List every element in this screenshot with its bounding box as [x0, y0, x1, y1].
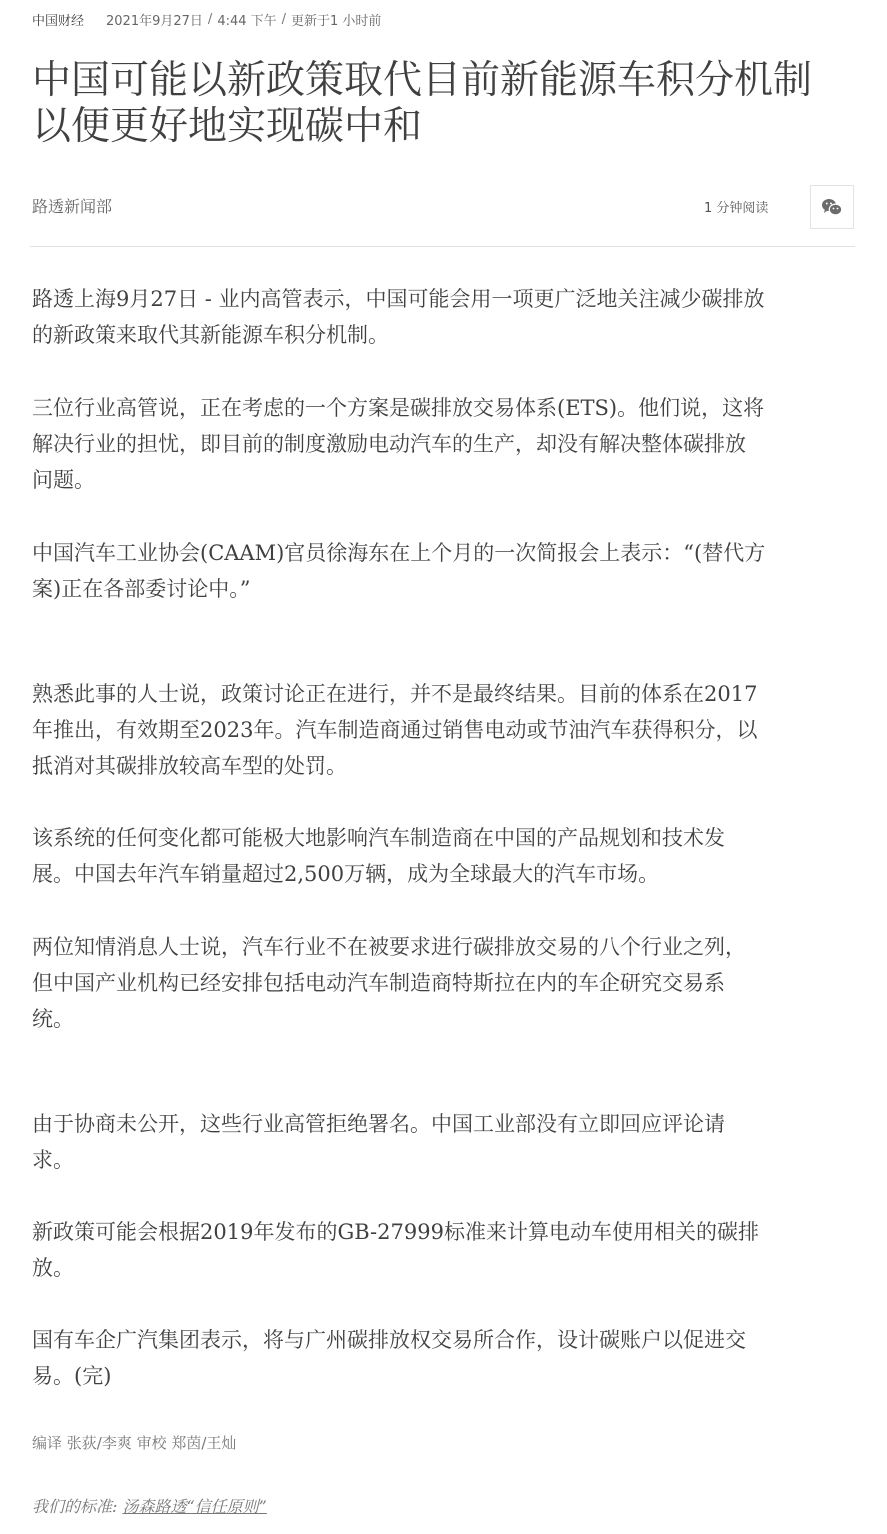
paragraph-line: 年推出，有效期至2023年。汽车制造商通过销售电动或节油汽车获得积分，以: [32, 712, 857, 748]
updated-time: 更新于1 小时前: [291, 10, 381, 29]
read-time: 1 分钟阅读: [704, 197, 768, 216]
paragraph-line: 案)正在各部委讨论中。”: [32, 571, 857, 607]
standards-label: 我们的标准:: [32, 1497, 122, 1516]
paragraph: 路透上海9月27日 - 业内高管表示，中国可能会用一项更广泛地关注减少碳排放 的…: [32, 281, 857, 353]
title-line: 以便更好地实现碳中和: [32, 104, 852, 150]
paragraph-line: 两位知情消息人士说，汽车行业不在被要求进行碳排放交易的八个行业之列，: [32, 929, 857, 965]
meta-separator: /: [208, 12, 212, 27]
paragraph-line: 中国汽车工业协会(CAAM)官员徐海东在上个月的一次简报会上表示：“(替代方: [32, 535, 857, 571]
publish-time: 4:44 下午: [217, 10, 276, 29]
wechat-share-button[interactable]: [810, 185, 854, 229]
paragraph-line: 由于协商未公开，这些行业高管拒绝署名。中国工业部没有立即回应评论请: [32, 1106, 857, 1142]
paragraph-line: 放。: [32, 1250, 857, 1286]
paragraph-line: 但中国产业机构已经安排包括电动汽车制造商特斯拉在内的车企研究交易系: [32, 965, 857, 1001]
paragraph-line: 问题。: [32, 462, 857, 498]
paragraph-line: 展。中国去年汽车销量超过2,500万辆，成为全球最大的汽车市场。: [32, 856, 857, 892]
paragraph: 熟悉此事的人士说，政策讨论正在进行，并不是最终结果。目前的体系在2017 年推出…: [32, 676, 857, 784]
title-line: 中国可能以新政策取代目前新能源车积分机制: [32, 58, 852, 104]
article-title: 中国可能以新政策取代目前新能源车积分机制 以便更好地实现碳中和: [32, 58, 852, 150]
paragraph-line: 该系统的任何变化都可能极大地影响汽车制造商在中国的产品规划和技术发: [32, 820, 857, 856]
paragraph-line: 求。: [32, 1142, 857, 1178]
paragraph: 国有车企广汽集团表示，将与广州碳排放权交易所合作，设计碳账户以促进交 易。(完): [32, 1322, 857, 1394]
paragraph-line: 路透上海9月27日 - 业内高管表示，中国可能会用一项更广泛地关注减少碳排放: [32, 281, 857, 317]
paragraph-line: 统。: [32, 1001, 857, 1037]
meta-separator: /: [282, 12, 286, 27]
paragraph-line: 的新政策来取代其新能源车积分机制。: [32, 317, 857, 353]
paragraph: 该系统的任何变化都可能极大地影响汽车制造商在中国的产品规划和技术发 展。中国去年…: [32, 820, 857, 892]
paragraph: 三位行业高管说，正在考虑的一个方案是碳排放交易体系(ETS)。他们说，这将 解决…: [32, 390, 857, 498]
article-topbar: 中国财经 2021年9月27日 / 4:44 下午 / 更新于1 小时前: [32, 9, 381, 29]
paragraph-line: 三位行业高管说，正在考虑的一个方案是碳排放交易体系(ETS)。他们说，这将: [32, 390, 857, 426]
header-divider: [30, 246, 855, 247]
section-label[interactable]: 中国财经: [32, 10, 84, 29]
trust-principles-link[interactable]: 汤森路透“信任原则”: [122, 1497, 266, 1516]
editor-credits: 编译 张荻/李爽 审校 郑茵/王灿: [32, 1432, 236, 1453]
paragraph-line: 抵消对其碳排放较高车型的处罚。: [32, 748, 857, 784]
paragraph-line: 易。(完): [32, 1358, 857, 1394]
paragraph: 两位知情消息人士说，汽车行业不在被要求进行碳排放交易的八个行业之列， 但中国产业…: [32, 929, 857, 1037]
paragraph-line: 新政策可能会根据2019年发布的GB-27999标准来计算电动车使用相关的碳排: [32, 1214, 857, 1250]
paragraph: 由于协商未公开，这些行业高管拒绝署名。中国工业部没有立即回应评论请 求。: [32, 1106, 857, 1178]
paragraph-line: 解决行业的担忧，即目前的制度激励电动汽车的生产，却没有解决整体碳排放: [32, 426, 857, 462]
author-byline[interactable]: 路透新闻部: [32, 194, 112, 217]
paragraph: 新政策可能会根据2019年发布的GB-27999标准来计算电动车使用相关的碳排 …: [32, 1214, 857, 1286]
trust-principles: 我们的标准: 汤森路透“信任原则”: [32, 1494, 267, 1517]
wechat-icon: [821, 197, 843, 217]
publish-date: 2021年9月27日: [106, 10, 203, 29]
paragraph-line: 熟悉此事的人士说，政策讨论正在进行，并不是最终结果。目前的体系在2017: [32, 676, 857, 712]
paragraph: 中国汽车工业协会(CAAM)官员徐海东在上个月的一次简报会上表示：“(替代方 案…: [32, 535, 857, 607]
paragraph-line: 国有车企广汽集团表示，将与广州碳排放权交易所合作，设计碳账户以促进交: [32, 1322, 857, 1358]
